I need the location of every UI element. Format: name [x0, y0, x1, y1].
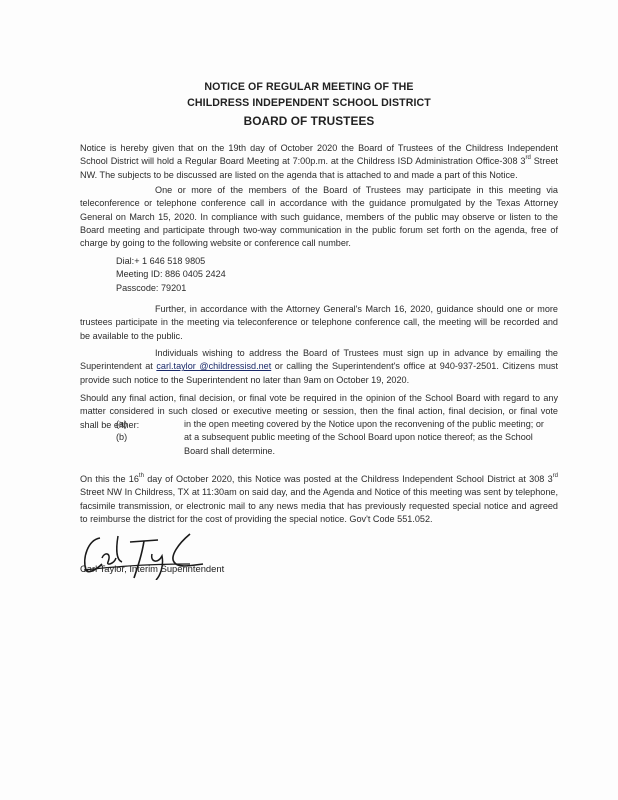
public-comment-paragraph: Individuals wishing to address the Board… — [80, 347, 558, 387]
passcode: Passcode: 79201 — [116, 282, 226, 295]
teleconference-paragraph: One or more of the members of the Board … — [80, 184, 558, 250]
meeting-notice-paragraph: Notice is hereby given that on the 19th … — [80, 142, 558, 182]
final-action-options: (a) in the open meeting covered by the N… — [116, 418, 558, 458]
board-name: BOARD OF TRUSTEES — [0, 114, 618, 128]
notice-title: NOTICE OF REGULAR MEETING OF THE — [0, 81, 618, 93]
district-name: CHILDRESS INDEPENDENT SCHOOL DISTRICT — [0, 97, 618, 109]
option-b: (b) at a subsequent public meeting of th… — [116, 431, 558, 458]
recording-paragraph: Further, in accordance with the Attorney… — [80, 303, 558, 343]
notice-document: NOTICE OF REGULAR MEETING OF THE CHILDRE… — [0, 0, 618, 800]
dial-number: Dial:+ 1 646 518 9805 — [116, 255, 226, 268]
meeting-id: Meeting ID: 886 0405 2424 — [116, 268, 226, 281]
option-a: (a) in the open meeting covered by the N… — [116, 418, 558, 431]
superintendent-email-link[interactable]: carl.taylor @childressisd.net — [156, 361, 271, 371]
conference-call-info: Dial:+ 1 646 518 9805 Meeting ID: 886 04… — [116, 255, 226, 295]
signatory-name: Carl Taylor, Interim Superintendent — [80, 563, 224, 574]
posting-paragraph: On this the 16th day of October 2020, th… — [80, 473, 558, 526]
